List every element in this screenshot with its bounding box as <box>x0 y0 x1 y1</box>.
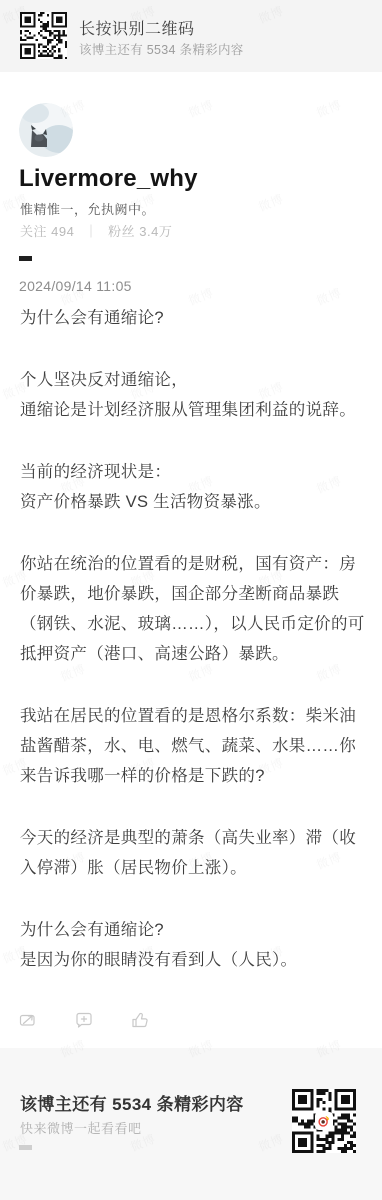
repost-icon[interactable] <box>19 1011 37 1029</box>
footer-banner[interactable]: 该博主还有 5534 条精彩内容 快来微博一起看看吧 <box>0 1048 382 1200</box>
follow-stats: 关注 494 ｜ 粉丝 3.4万 <box>20 221 172 240</box>
comment-icon[interactable] <box>75 1011 93 1029</box>
post-paragraph: 为什么会有通缩论? 是因为你的眼睛没有看到人（人民）。 <box>20 915 366 975</box>
post-paragraph: 我站在居民的位置看的是恩格尔系数：柴米油盐酱醋茶，水、电、燃气、蔬菜、水果……你… <box>20 701 366 791</box>
footer-divider-dash <box>19 1145 32 1150</box>
following-count: 494 <box>51 224 74 239</box>
watermark-text: 微博 <box>186 96 216 122</box>
post-paragraph: 个人坚决反对通缩论， 通缩论是计划经济服从管理集团利益的说辞。 <box>20 365 366 425</box>
post-body: 为什么会有通缩论?个人坚决反对通缩论， 通缩论是计划经济服从管理集团利益的说辞。… <box>20 303 366 1007</box>
qr-code-icon[interactable] <box>20 12 67 59</box>
top-qr-banner[interactable]: 长按识别二维码 该博主还有 5534 条精彩内容 <box>0 0 382 72</box>
post-paragraph: 今天的经济是典型的萧条（高失业率）滞（收入停滞）胀（居民物价上涨）。 <box>20 823 366 883</box>
watermark-text: 微博 <box>256 190 286 216</box>
followers-count: 3.4万 <box>139 224 172 239</box>
followers-label: 粉丝 <box>108 224 135 239</box>
footer-subtitle: 快来微博一起看看吧 <box>20 1118 142 1137</box>
username: Livermore_why <box>19 165 198 193</box>
footer-title: 该博主还有 5534 条精彩内容 <box>20 1090 244 1115</box>
action-bar <box>19 1011 149 1029</box>
avatar <box>19 103 73 157</box>
stats-separator: ｜ <box>84 224 98 239</box>
post-paragraph: 为什么会有通缩论? <box>20 303 366 333</box>
following-label: 关注 <box>20 224 47 239</box>
like-icon[interactable] <box>131 1011 149 1029</box>
weibo-logo <box>315 1112 333 1130</box>
weibo-share-card: 微博微博微博微博微博微博微博微博微博微博微博微博微博微博微博微博微博微博微博微博… <box>0 0 382 1200</box>
post-paragraph: 你站在统治的位置看的是财税，国有资产：房价暴跌，地价暴跌，国企部分垄断商品暴跌（… <box>20 549 366 669</box>
banner-title: 长按识别二维码 <box>79 16 195 39</box>
watermark-text: 微博 <box>314 96 344 122</box>
post-paragraph: 当前的经济现状是： 资产价格暴跌 VS 生活物资暴涨。 <box>20 457 366 517</box>
cat-avatar-image <box>19 103 73 157</box>
footer-qr-wrap[interactable] <box>292 1089 356 1153</box>
divider-dash <box>19 256 32 261</box>
profile-bio: 惟精惟一，允执阙中。 <box>20 199 155 218</box>
banner-subtitle: 该博主还有 5534 条精彩内容 <box>79 40 244 58</box>
post-timestamp: 2024/09/14 11:05 <box>19 278 132 294</box>
